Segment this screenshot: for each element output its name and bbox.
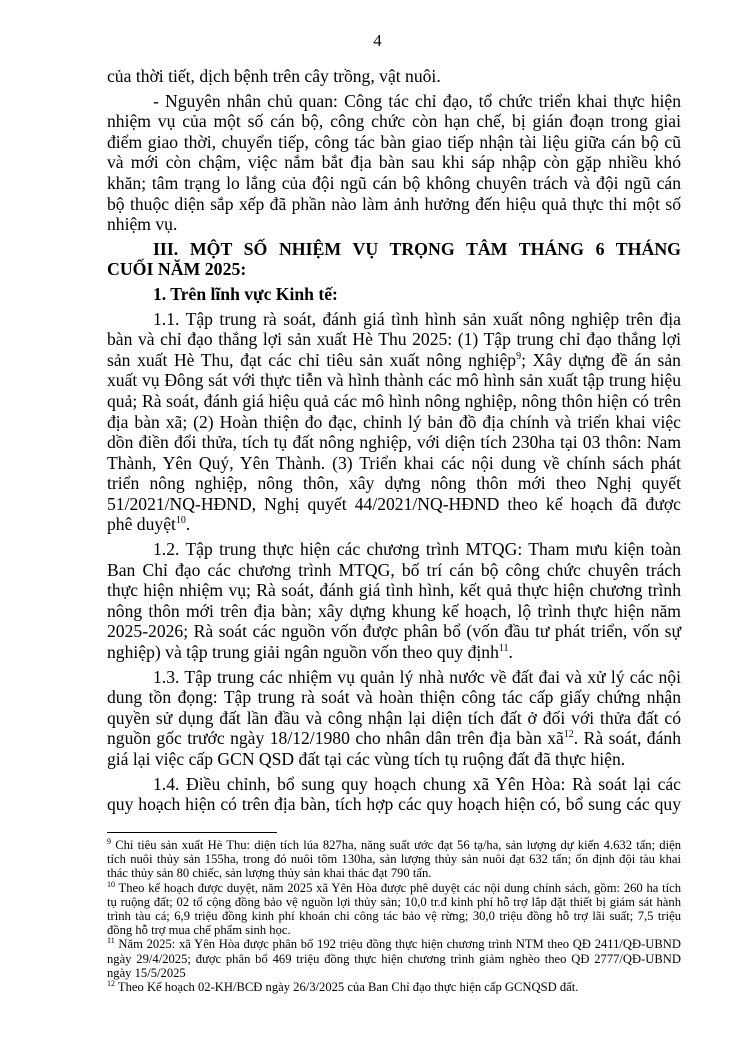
footnote-ref-11[interactable]: 11 <box>499 643 509 654</box>
text-line: quyền sử dụng đất lần đầu và công nhận l… <box>107 708 681 729</box>
text-line: khăn; tâm trạng lo lắng của đội ngũ cán … <box>107 173 681 194</box>
paragraph-1-1: 1.1. Tập trung rà soát, đánh giá tình hì… <box>107 309 681 536</box>
text-line: ngày 15/5/2025 <box>107 966 681 980</box>
text-segment: nguồn gốc trước ngày 18/12/1980 cho nhân… <box>107 728 564 748</box>
footnote-ref-10[interactable]: 10 <box>176 516 186 527</box>
text-segment: ; Xây dựng đề án sản <box>521 350 681 370</box>
text-line: địa bàn xã; (2) Hoàn thiện đo đạc, chỉnh… <box>107 412 681 433</box>
text-line: nhiệm vụ. <box>107 214 681 235</box>
text-segment: nghiệp) và tập trung giải ngân nguồn vốn… <box>107 642 499 662</box>
footnote-number: 10 <box>107 879 115 888</box>
text-line: và mới còn chậm, việc nắm bắt địa bàn sa… <box>107 152 681 173</box>
footnote-9: 9 Chỉ tiêu sản xuất Hè Thu: diện tích lú… <box>107 838 681 881</box>
text-segment: . <box>509 642 513 662</box>
text-line: 9 Chỉ tiêu sản xuất Hè Thu: diện tích lú… <box>107 838 681 852</box>
text-segment: Năm 2025: xã Yên Hòa được phân bổ 192 tr… <box>118 937 681 951</box>
text-line: nông thôn mới trên địa bàn; xây dựng khu… <box>107 601 681 622</box>
text-line: 1.4. Điều chỉnh, bổ sung quy hoạch chung… <box>107 774 681 795</box>
text-segment: Chỉ tiêu sản xuất Hè Thu: diện tích lúa … <box>115 838 681 852</box>
footnote-number: 11 <box>107 936 115 945</box>
footnote-ref-12[interactable]: 12 <box>564 730 574 741</box>
text-line: của thời tiết, dịch bệnh trên cây trồng,… <box>107 66 681 87</box>
text-line: - Nguyên nhân chủ quan: Công tác chỉ đạo… <box>107 91 681 112</box>
page-number: 4 <box>0 31 755 51</box>
text-line: nhiệm vụ của một số cán bộ, công chức cò… <box>107 111 681 132</box>
text-line: Ban Chỉ đạo các chương trình MTQG, bố tr… <box>107 560 681 581</box>
text-line: thác thủy sản 80 chiếc, sản lượng thủy s… <box>107 866 681 880</box>
text-line: 11 Năm 2025: xã Yên Hòa được phân bổ 192… <box>107 937 681 951</box>
text-segment: . Rà soát, đánh <box>574 728 681 748</box>
paragraph-1-3: 1.3. Tập trung các nhiệm vụ quản lý nhà … <box>107 667 681 770</box>
subheading-text: 1. Trên lĩnh vực Kinh tế: <box>107 284 681 305</box>
text-line: nguồn gốc trước ngày 18/12/1980 cho nhân… <box>107 728 681 749</box>
text-line: điểm giao thời, chuyển tiếp, công tác bà… <box>107 132 681 153</box>
footnotes: 9 Chỉ tiêu sản xuất Hè Thu: diện tích lú… <box>107 838 681 994</box>
text-segment: Theo Kế hoạch 02-KH/BCĐ ngày 26/3/2025 c… <box>118 980 578 994</box>
text-line: bàn và chỉ đạo thắng lợi sản xuất Hè Thu… <box>107 329 681 350</box>
text-line: quả; Rà soát, đánh giá hiệu quả các mô h… <box>107 391 681 412</box>
text-segment: Theo kế hoạch được duyệt, năm 2025 xã Yê… <box>119 881 681 895</box>
text-line: 1.2. Tập trung thực hiện các chương trìn… <box>107 539 681 560</box>
subheading: 1. Trên lĩnh vực Kinh tế: <box>107 284 681 305</box>
text-line: 1.1. Tập trung rà soát, đánh giá tình hì… <box>107 309 681 330</box>
footnote-number: 9 <box>107 837 111 846</box>
paragraph-1-2: 1.2. Tập trung thực hiện các chương trìn… <box>107 539 681 663</box>
text-line: 2025-2026; Rà soát các nguồn vốn được ph… <box>107 621 681 642</box>
text-line: 10 Theo kế hoạch được duyệt, năm 2025 xã… <box>107 881 681 895</box>
text-line: giá lại việc cấp GCN QSD đất tại các vùn… <box>107 749 681 770</box>
text-line: dồn điền đổi thửa, tích tụ đất nông nghi… <box>107 432 681 453</box>
footnote-11: 11 Năm 2025: xã Yên Hòa được phân bổ 192… <box>107 937 681 980</box>
paragraph-subjective-causes: - Nguyên nhân chủ quan: Công tác chỉ đạo… <box>107 91 681 235</box>
text-line: 1.3. Tập trung các nhiệm vụ quản lý nhà … <box>107 667 681 688</box>
text-line: Thành, Yên Quý, Yên Thành. (3) Triển kha… <box>107 453 681 474</box>
heading-line: CUỐI NĂM 2025: <box>107 259 681 280</box>
text-line: tích nuôi thủy sản 155ha, trong đó nuôi … <box>107 852 681 866</box>
paragraph-1-4: 1.4. Điều chỉnh, bổ sung quy hoạch chung… <box>107 774 681 815</box>
text-line: thực hiện nhiệm vụ; Rà soát, đánh giá tì… <box>107 580 681 601</box>
footnote-separator <box>107 832 277 833</box>
text-line: triển nông nghiệp, nông thôn, xây dựng n… <box>107 473 681 494</box>
section-heading: III. MỘT SỐ NHIỆM VỤ TRỌNG TÂM THÁNG 6 T… <box>107 239 681 280</box>
heading-line: III. MỘT SỐ NHIỆM VỤ TRỌNG TÂM THÁNG 6 T… <box>107 239 681 260</box>
text-line: trình tàu cá; 6,9 triệu đồng kinh phí kh… <box>107 909 681 923</box>
text-line: đồng hỗ trợ mua chế phẩm sinh học. <box>107 923 681 937</box>
text-line: quy hoạch hiện có trên địa bàn, tích hợp… <box>107 794 681 815</box>
text-line: ngày 29/4/2025; được phân bổ 469 triệu đ… <box>107 952 681 966</box>
text-line: xuất vụ Đông sát với thực tiễn và hình t… <box>107 370 681 391</box>
text-segment: sản xuất Hè Thu, đạt các chỉ tiêu sản xu… <box>107 350 516 370</box>
text-line: sản xuất Hè Thu, đạt các chỉ tiêu sản xu… <box>107 350 681 371</box>
text-line: nghiệp) và tập trung giải ngân nguồn vốn… <box>107 642 681 663</box>
paragraph-continuation: của thời tiết, dịch bệnh trên cây trồng,… <box>107 66 681 87</box>
text-segment: . <box>186 514 190 534</box>
text-line: 12 Theo Kế hoạch 02-KH/BCĐ ngày 26/3/202… <box>107 980 681 994</box>
text-line: 51/2021/NQ-HĐND, Nghị quyết 44/2021/NQ-H… <box>107 494 681 515</box>
text-line: dung tồn đọng: Tập trung rà soát và hoàn… <box>107 687 681 708</box>
footnote-number: 12 <box>107 979 115 988</box>
document-body: của thời tiết, dịch bệnh trên cây trồng,… <box>107 66 681 819</box>
text-line: phê duyệt10. <box>107 514 681 535</box>
text-segment: phê duyệt <box>107 514 176 534</box>
footnote-10: 10 Theo kế hoạch được duyệt, năm 2025 xã… <box>107 881 681 938</box>
footnote-12: 12 Theo Kế hoạch 02-KH/BCĐ ngày 26/3/202… <box>107 980 681 994</box>
text-line: tụ ruộng đất; 02 tổ cộng đồng bảo vệ ngu… <box>107 895 681 909</box>
text-line: bộ thuộc diện sắp xếp đã phần nào làm ản… <box>107 194 681 215</box>
